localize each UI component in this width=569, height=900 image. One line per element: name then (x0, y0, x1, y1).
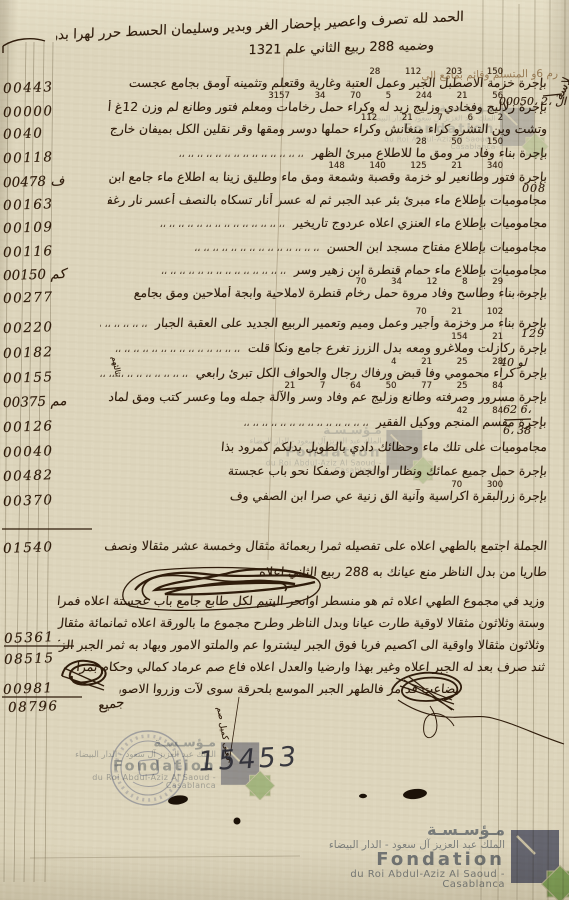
ditto-marks (100, 84, 121, 87)
margin-figure: ال ،2 ،00050 (486, 95, 566, 108)
closing-total-amount: 08796 (8, 698, 59, 716)
entry-amount: 00040 (3, 443, 54, 461)
entry-amount: 00118 (3, 149, 54, 167)
entry-text: مجاموميات على تلك ماء وحظائك دادي بالطوي… (220, 440, 547, 454)
entry-text: بإجرة بناء وطاسح وفاد مروة حمل رخام قنطر… (133, 286, 547, 300)
ditto-marks: ،، ،، ،، ،، ،، ،، ،، ،، ،، ،، ،، ،، ،، ،… (100, 415, 368, 429)
closing-line: وزيد في مجموع الطهي اعلاه ثم هو منسطر او… (57, 593, 545, 608)
entry-text: مجاموميات بإطلاع مفتاح مسجد ابن الحسن (327, 240, 548, 254)
entry-amount: 00277 (3, 289, 54, 307)
closing-line: وستة وثلاثون مثقالا لاوقية طارت عيانا وب… (57, 615, 545, 630)
closing-line: بضاعت قد مر فالطهر الجبر الموسع بلحرقة س… (119, 681, 459, 696)
ditto-marks: ،، ،، ،، ،، ،، ،، ،، ،، ،، ،، ،، ،، ،، ،… (100, 240, 319, 254)
entry-amount: 0040 (3, 125, 44, 142)
entry-row: 00370300 70بإجرة زرالبقرة اكراسية وآنية … (0, 489, 547, 509)
header-flourish (3, 39, 45, 53)
ditto-marks (100, 130, 102, 133)
closing-line: ثند صرف بعد له الجبر اعلاه وغير بهذا وار… (71, 659, 545, 674)
ditto-marks: ،، ،، ،، ،، ،، ،، ،، ،، ،، ،، ،، ،، ،، ،… (100, 316, 147, 330)
entry-text: بإجرة فتور وطانعير لو خزمة وقصبة وشمعة و… (107, 170, 547, 184)
horizontal-crease (30, 856, 300, 858)
ditto-marks: ،، ،، ،، ،، ،، ،، ،، ،، ،، ،، ،، ،، ،، ،… (100, 216, 285, 230)
ditto-marks (100, 497, 222, 500)
entry-amount: 00370 (3, 492, 54, 510)
closing-line: وثلاثون مثقالا واوقية الى اكصيم فربا فوق… (57, 637, 545, 652)
entry-amount: 00375 مم (3, 393, 67, 411)
left-ruled-lines (4, 42, 53, 882)
entry-text: مجاموميات بإطلاع ماء حمام قنطرة ابن زهير… (293, 263, 547, 277)
entry-amount: 00155 (3, 369, 54, 387)
crossed-out-line: طاريا من بدل الناظر منع عيانك به 288 ربي… (99, 564, 547, 579)
entry-amount: 00482 (3, 467, 54, 485)
margin-figure: 38 ،6 (503, 424, 531, 437)
entry-text: وتشت وين التشرو كراء منغانش وكراء حملها … (109, 122, 547, 136)
entry-row: 0027729 8 12 34 70بإجرة بناء وطاسح وفاد … (0, 286, 547, 306)
entry-text: بإجرة زرالبقرة اكراسية وآنية الق زنية عي… (229, 489, 547, 503)
entry-row: 0012684 42بإجرة مقسم المنجم ووكيل الفقير… (0, 415, 547, 435)
entry-amount: 00478 ف (3, 173, 65, 191)
archive-number-handwritten: 15453 (196, 741, 300, 777)
entry-amount: 00126 (3, 418, 54, 436)
entry-amount: 00150 كم (3, 266, 66, 284)
entry-amount: 00000 (3, 103, 54, 121)
entry-text: بإجرة بناء مر وخزمة وأجير وعمل وميم وتعم… (155, 316, 548, 330)
margin-figure: 129 (521, 327, 545, 340)
entry-row: 00040مجاموميات على تلك ماء وحظائك دادي ب… (0, 440, 547, 460)
entry-text: بإجرة ركازلت وملاغرو ومعه بدل الزرز تغرع… (247, 341, 547, 355)
ditto-marks (100, 472, 220, 475)
margin-figure: لو 40 (500, 356, 527, 369)
entry-text: بإجرة زلاليج وفخادي وزليج زيد له وكراء ح… (107, 100, 547, 114)
entry-amount: 00116 (3, 243, 54, 261)
entry-amount: 00182 (3, 344, 54, 362)
entry-row: 00116مجاموميات بإطلاع مفتاح مسجد ابن الح… (0, 240, 547, 260)
entry-amount: 00220 (3, 319, 54, 337)
margin-figure: 008 (522, 182, 546, 195)
round-ink-stamp (111, 731, 185, 805)
ink-blots (167, 788, 427, 825)
entry-text: بإجرة بناء وفاد مر ومق ما للاطلاع مبرئ ا… (311, 146, 548, 160)
manuscript-page: الحمد لله تصرف واعصير بإحضار الغر وبدير … (0, 0, 569, 900)
entry-row: 00478 ف340 21 125 140 148بإجرة فتور وطان… (0, 170, 547, 190)
entry-text: بإجرة خزمة الاصطبل الجبر وعمل العتبة وغا… (129, 76, 548, 90)
closing-amount: 05361 (4, 629, 55, 647)
entry-text: مجاموميات بإطلاع ماء مبرئ بئر عبد الجبر … (107, 193, 547, 207)
entry-text: مجاموميات بإطلاع ماء العنزي اعلاه عردوج … (292, 216, 547, 230)
sum-line: الجملة اجتمع بالطهي اعلاه على تفصيله ثمر… (99, 538, 547, 553)
ditto-marks: ،، ،، ،، ،، ،، ،، ،، ،، ،، ،، ،، ،، ،، ،… (100, 263, 286, 277)
entry-amount: 00443 (3, 79, 54, 97)
entry-amount: 00163 (3, 196, 54, 214)
grand-total-amount: 01540 (3, 539, 54, 557)
entry-amount: 00109 (3, 219, 54, 237)
entry-text: بإجرة كراء محمومي وفا قبض ورفاك رجال وال… (195, 366, 547, 380)
entry-text: بإجرة مسرور وصرفته وطانع وزليج عم وفاد و… (107, 390, 547, 404)
entry-row: 00163مجاموميات بإطلاع ماء مبرئ بئر عبد ا… (0, 193, 547, 213)
margin-figure: ،6 62 (503, 403, 531, 416)
entry-row: 00109مجاموميات بإطلاع ماء العنزي اعلاه ع… (0, 216, 547, 236)
ditto-marks: ،، ،، ،، ،، ،، ،، ،، ،، ،، ،، ،، ،، ،، ،… (100, 341, 240, 355)
entry-text: بإجرة حمل جميع عمائك ونظار اوالجص وصفكا … (227, 464, 547, 478)
margin-figure: ،، ، (516, 286, 530, 299)
ditto-marks: ،، ،، ،، ،، ،، ،، ،، ،، ،، ،، ،، ،، ،، ،… (100, 146, 304, 160)
closing-amount: 08515 (4, 650, 55, 668)
ditto-marks (100, 294, 126, 297)
ditto-marks (100, 448, 213, 451)
closing-amount: 00981 (3, 680, 54, 698)
